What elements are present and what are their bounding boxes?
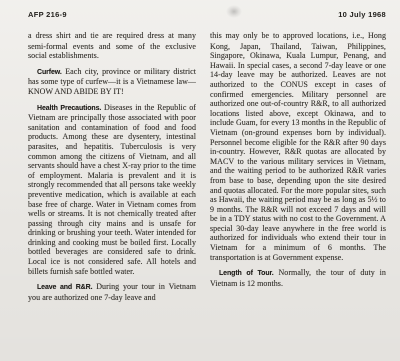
paragraph-heading: Health Precautions.: [37, 105, 101, 112]
paragraph-dress-code-continuation: a dress shirt and tie are required dress…: [28, 31, 196, 61]
scan-smudge-artifact: [226, 5, 242, 18]
paragraph-length-of-tour: Length of Tour. Normally, the tour of du…: [210, 268, 386, 288]
paragraph-heading: Length of Tour.: [219, 270, 274, 277]
paragraph-leave-and-rr: Leave and R&R. During your tour in Vietn…: [28, 282, 196, 302]
paragraph-curfew: Curfew. Each city, province or military …: [28, 67, 196, 97]
left-column: a dress shirt and tie are required dress…: [28, 31, 196, 308]
document-date: 10 July 1968: [338, 10, 386, 19]
paragraph-heading: Curfew.: [37, 69, 62, 76]
paragraph-heading: Leave and R&R.: [37, 284, 92, 291]
document-number: AFP 216-9: [28, 10, 67, 19]
paragraph-leave-and-rr-continuation: this may only be to approved locations, …: [210, 31, 386, 262]
right-column: this may only be to approved locations, …: [210, 31, 386, 308]
document-page: AFP 216-9 10 July 1968 a dress shirt and…: [0, 0, 400, 361]
paragraph-text: a dress shirt and tie are required dress…: [28, 31, 196, 60]
paragraph-text: this may only be to approved locations, …: [210, 31, 386, 262]
paragraph-health-precautions: Health Precautions. Diseases in the Repu…: [28, 103, 196, 277]
paragraph-text: Diseases in the Republic of Vietnam are …: [28, 103, 196, 276]
two-column-body: a dress shirt and tie are required dress…: [28, 31, 386, 308]
page-header: AFP 216-9 10 July 1968: [28, 10, 386, 19]
